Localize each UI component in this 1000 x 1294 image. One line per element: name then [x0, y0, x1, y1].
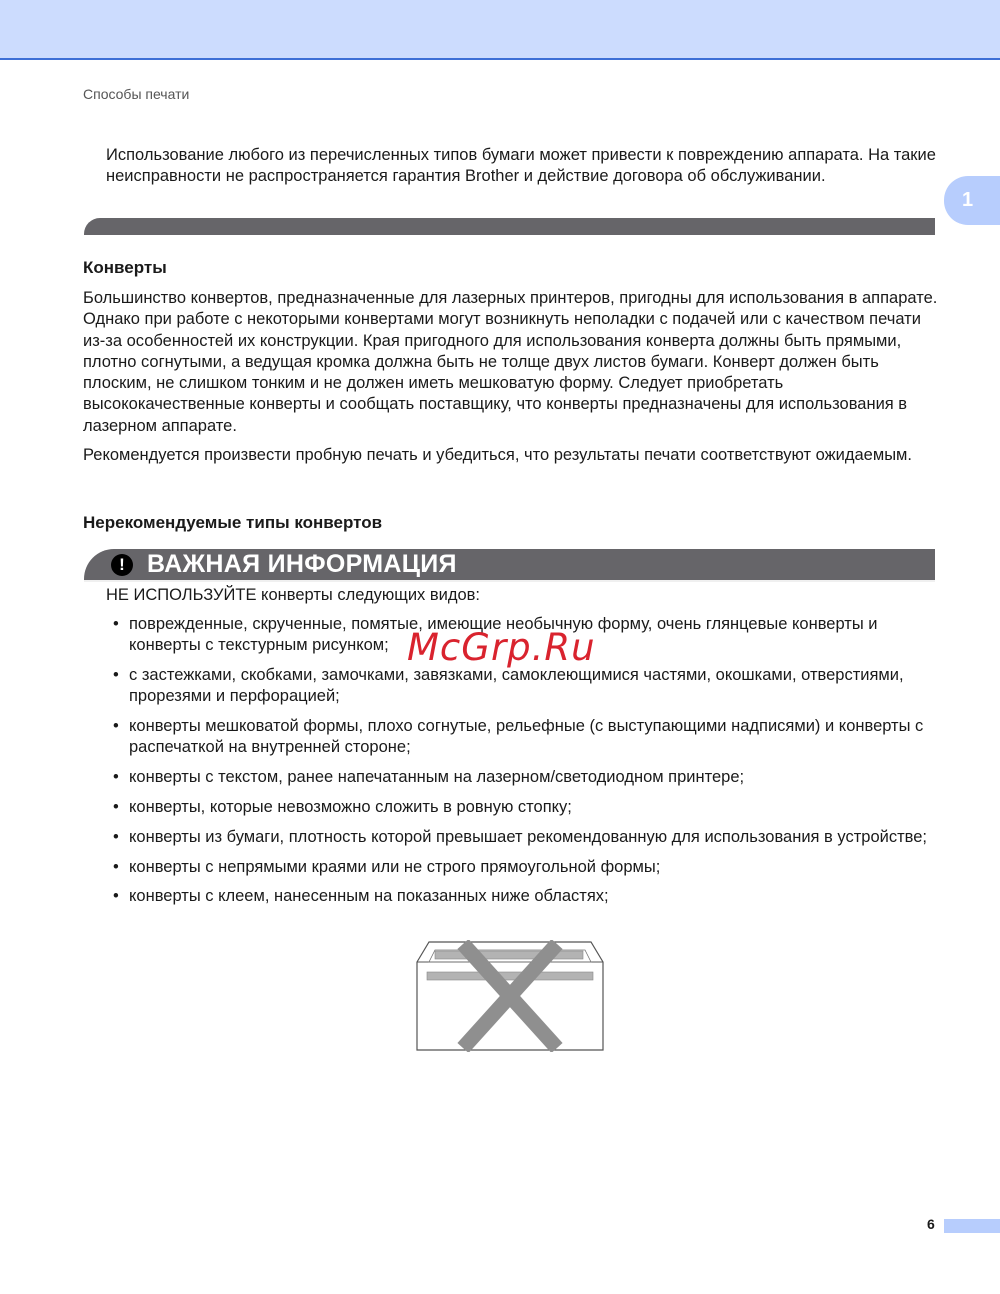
list-item: с застежками, скобками, замочками, завяз… [113, 665, 943, 708]
warning-text: Использование любого из перечисленных ти… [106, 145, 946, 187]
section-title: Конверты [83, 258, 167, 278]
list-item: конверты, которые невозможно сложить в р… [113, 797, 943, 818]
chapter-number: 1 [962, 189, 973, 212]
important-intro: НЕ ИСПОЛЬЗУЙТЕ конверты следующих видов: [106, 586, 480, 605]
page-tab [944, 1219, 1000, 1233]
envelope-crossed-illustration [415, 940, 605, 1052]
list-item: конверты мешковатой формы, плохо согнуты… [113, 716, 943, 759]
exclamation-icon: ! [111, 554, 133, 576]
list-item: конверты с непрямыми краями или не строг… [113, 857, 943, 878]
page-number: 6 [927, 1216, 935, 1232]
important-title: ВАЖНАЯ ИНФОРМАЦИЯ [147, 550, 457, 579]
paragraph: Большинство конвертов, предназначенные д… [83, 288, 943, 437]
subsection-title: Нерекомендуемые типы конвертов [83, 513, 382, 533]
list-item: конверты из бумаги, плотность которой пр… [113, 827, 943, 848]
list-item: конверты с текстом, ранее напечатанным н… [113, 767, 943, 788]
watermark: McGrp.Ru [407, 626, 596, 669]
paragraph: Рекомендуется произвести пробную печать … [83, 445, 943, 466]
warning-end-bar [84, 218, 935, 235]
important-banner: ! ВАЖНАЯ ИНФОРМАЦИЯ [84, 549, 935, 582]
list-item: конверты с клеем, нанесенным на показанн… [113, 886, 943, 907]
top-band [0, 0, 1000, 60]
chapter-tab[interactable]: 1 [944, 176, 1000, 225]
running-header: Способы печати [83, 86, 189, 102]
